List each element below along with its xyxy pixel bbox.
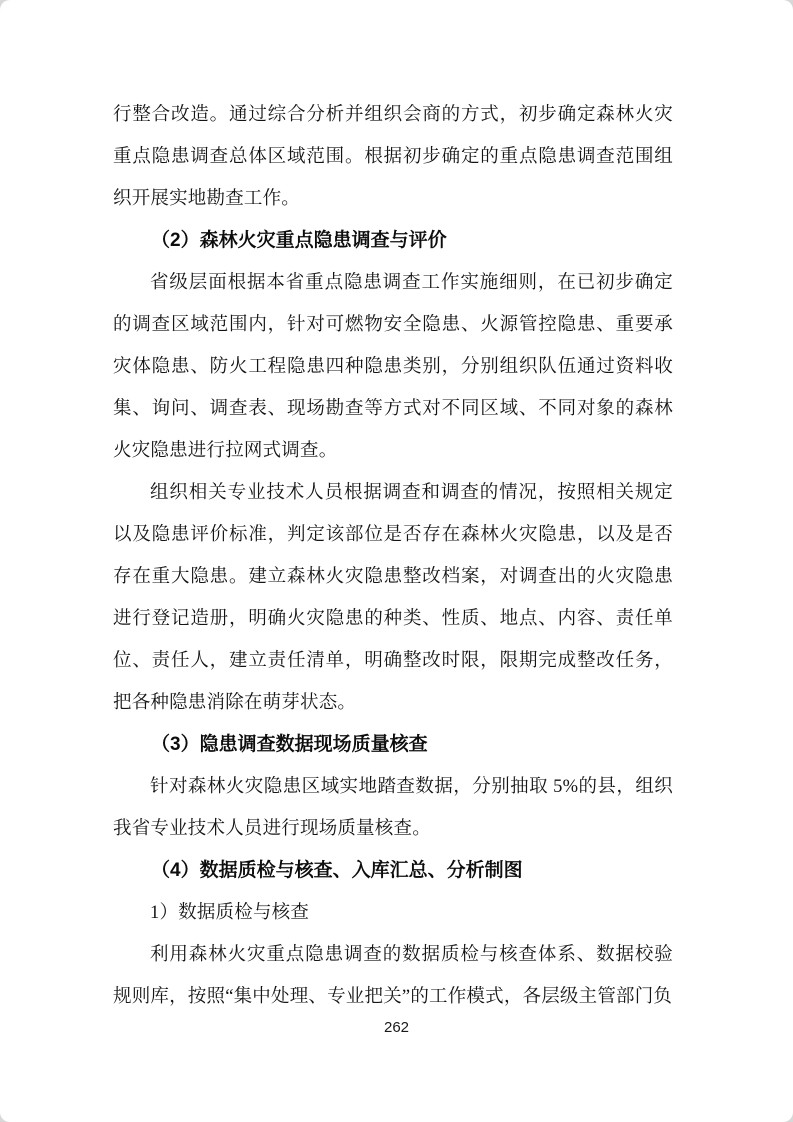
paragraph-continued-from-previous-page: 行整合改造。通过综合分析并组织会商的方式，初步确定森林火灾重点隐患调查总体区域范… <box>113 94 673 220</box>
page-content: 行整合改造。通过综合分析并组织会商的方式，初步确定森林火灾重点隐患调查总体区域范… <box>113 94 673 1018</box>
paragraph-hazard-judgement-archive: 组织相关专业技术人员根据调查和调查的情况，按照相关规定以及隐患评价标准，判定该部… <box>113 472 673 724</box>
document-page: 行整合改造。通过综合分析并组织会商的方式，初步确定森林火灾重点隐患调查总体区域范… <box>0 0 793 1122</box>
section-heading-2: （2）森林火灾重点隐患调查与评价 <box>113 220 673 262</box>
paragraph-survey-and-evaluation: 省级层面根据本省重点隐患调查工作实施细则，在已初步确定的调查区域范围内，针对可燃… <box>113 262 673 472</box>
paragraph-data-check-workflow: 利用森林火灾重点隐患调查的数据质检与核查体系、数据校验规则库，按照“集中处理、专… <box>113 934 673 1018</box>
sub-heading-data-quality-check: 1）数据质检与核查 <box>113 892 673 934</box>
section-heading-4: （4）数据质检与核查、入库汇总、分析制图 <box>113 850 673 892</box>
paragraph-field-quality-check: 针对森林火灾隐患区域实地踏查数据，分别抽取 5%的县，组织我省专业技术人员进行现… <box>113 766 673 850</box>
section-heading-3: （3）隐患调查数据现场质量核查 <box>113 724 673 766</box>
page-number: 262 <box>0 1019 793 1037</box>
